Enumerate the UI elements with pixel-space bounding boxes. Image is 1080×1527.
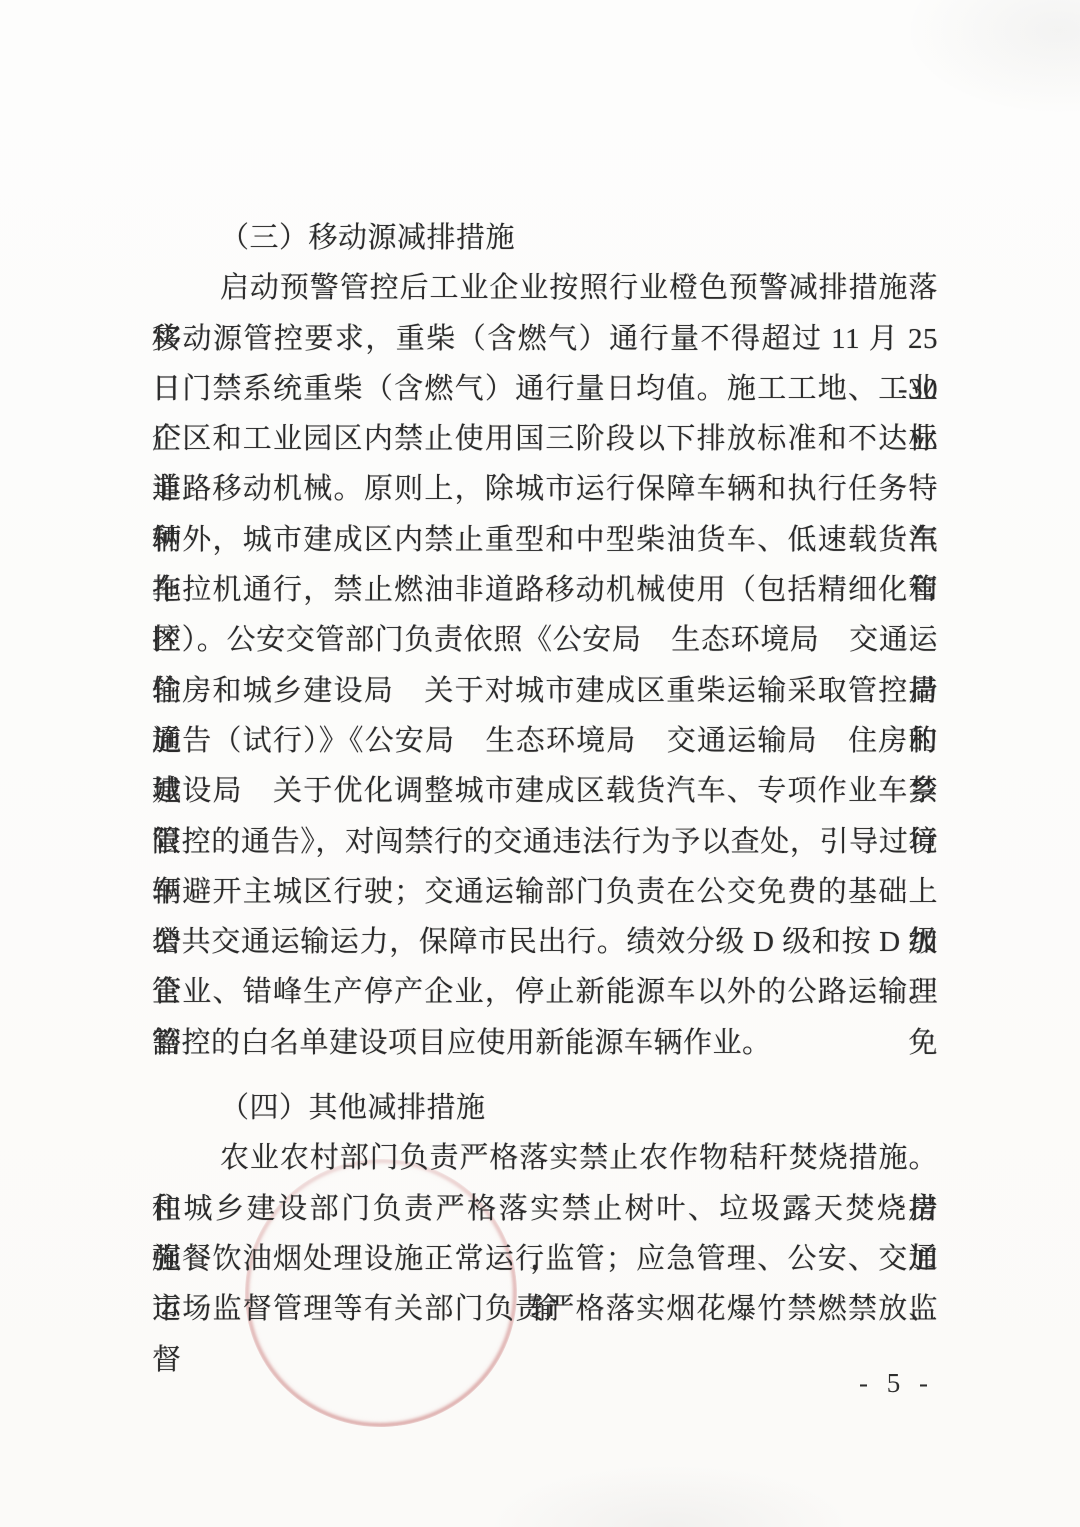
page-number: - 5 -: [859, 1368, 934, 1399]
document-line: 启动预警管控后工业企业按照行业橙色预警减排措施落实: [152, 263, 938, 313]
document-line: 区）。公安交管部门负责依照《公安局 生态环境局 交通运输局: [152, 615, 938, 665]
document-line: 辆外，城市建成区内禁止重型和中型柴油货车、低速载货汽车和: [152, 515, 938, 565]
document-line: 厂区和工业园区内禁止使用国三阶段以下排放标准和不达标非: [152, 414, 938, 464]
document-line: 和城乡建设部门负责严格落实禁止树叶、垃圾露天焚烧措施，加: [152, 1184, 938, 1234]
document-line: 公共交通运输运力，保障市民出行。绩效分级 D 级和按 D 级管理: [152, 917, 938, 967]
document-line: 通告（试行）》《公安局 生态环境局 交通运输局 住房和城乡: [152, 716, 938, 766]
document-line: 拖拉机通行，禁止燃油非道路移动机械使用（包括精细化管控: [152, 565, 938, 615]
document-line: 农业农村部门负责严格落实禁止农作物秸秆焚烧措施。住房: [152, 1133, 938, 1183]
document-line: 强餐饮油烟处理设施正常运行监管；应急管理、公安、交通运输、: [152, 1234, 938, 1284]
document-line: 企业、错峰生产停产企业，停止新能源车以外的公路运输。豁免: [152, 967, 938, 1017]
document-line: 移动源管控要求，重柴（含燃气）通行量不得超过 11 月 25 日-30: [152, 314, 938, 364]
document-body: （三）移动源减排措施启动预警管控后工业企业按照行业橙色预警减排措施落实移动源管控…: [152, 198, 938, 1335]
document-line: 住房和城乡建设局 关于对城市建成区重柴运输采取管控措施的: [152, 666, 938, 716]
document-line: 市场监督管理等有关部门负责严格落实烟花爆竹禁燃禁放监督: [152, 1284, 938, 1334]
document-line: 建设局 关于优化调整城市建成区载货汽车、专项作业车禁限行: [152, 766, 938, 816]
scanned-document-page: （三）移动源减排措施启动预警管控后工业企业按照行业橙色预警减排措施落实移动源管控…: [0, 0, 1080, 1527]
document-line: 道路移动机械。原则上，除城市运行保障车辆和执行任务特种车: [152, 464, 938, 514]
document-line: 辆避开主城区行驶；交通运输部门负责在公交免费的基础上增加: [152, 867, 938, 917]
document-line: 日门禁系统重柴（含燃气）通行量日均值。施工工地、工业企业: [152, 364, 938, 414]
document-line: （三）移动源减排措施: [152, 213, 938, 263]
document-line: 管控的通告》，对闯禁行的交通违法行为予以查处，引导过境车: [152, 817, 938, 867]
document-line: （四）其他减排措施: [152, 1083, 938, 1133]
